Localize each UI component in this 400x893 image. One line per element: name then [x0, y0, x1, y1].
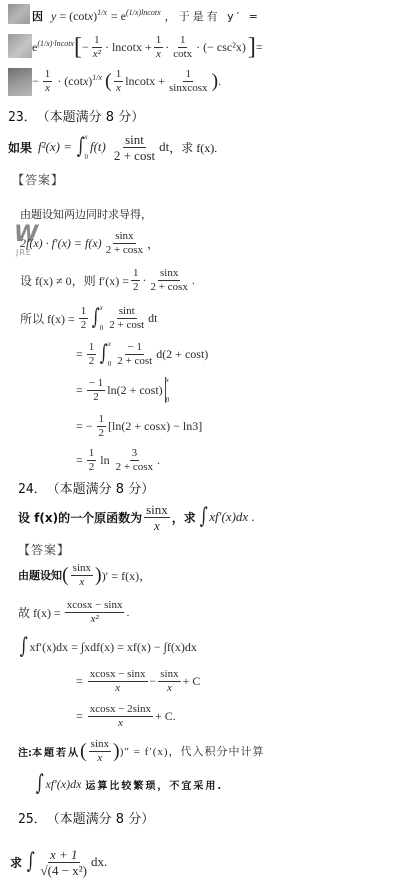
p24-solution-line-3: ∫ xf′(x)dx = ∫xdf(x) = xf(x) − ∫f(x)dx: [18, 632, 197, 662]
scan-smudge-2: [8, 34, 32, 58]
prev-solution-line-1: 因 y = (cotx)1/x = e(1/x)lncotx ，于是有 y′ =: [32, 6, 261, 26]
p24-solution-line-5: = xcosx − 2sinxx + C.: [76, 700, 176, 732]
p23-solution-line-1: 由题设知两边同时求导得，: [20, 205, 152, 223]
p24-solution-line-1: 由题设知 ( sinxx ) )′ = f(x)，: [18, 560, 151, 590]
p23-solution-line-2: 2f(x) · f′(x) = f(x) sinx2 + cosx ，: [20, 228, 159, 258]
p23-solution-line-8: = 12 ln 32 + cosx .: [76, 444, 160, 476]
p24-solution-line-4: = xcosx − sinxx − sinxx + C: [76, 665, 200, 697]
scan-smudge-1: [8, 4, 30, 24]
p23-solution-line-4: 所以 f(x) = 12 ∫ x0 sint2 + cost dt: [20, 302, 158, 334]
problem-23-statement: 如果 f²(x) = ∫ x0 f(t) sint2 + cost dt ，求 …: [8, 130, 217, 164]
scan-smudge-3: [8, 68, 32, 96]
p24-note-line-2: ∫ xf′(x)dx 运算比较繁琐，不宜采用.: [34, 770, 223, 798]
p24-solution-line-2: 故 f(x) = xcosx − sinxx² .: [18, 597, 129, 627]
problem-23-answer-label: 【答案】: [12, 170, 64, 188]
problem-25-heading: 25． （本题满分 8 分）: [18, 808, 154, 826]
p23-solution-line-5: = 12 ∫ x0 − 12 + cost d(2 + cost): [76, 338, 208, 370]
problem-24-answer-label: 【答案】: [18, 540, 70, 558]
problem-25-statement: 求 ∫ x + 1√(4 − x²) dx.: [10, 842, 107, 882]
p23-solution-line-7: = − 12 [ln(2 + cosx) − ln3]: [76, 410, 202, 442]
expr: y = (cotx)1/x: [51, 8, 107, 24]
problem-24-statement: 设 f(x)的一个原函数为 sinxx ，求 ∫ xf′(x)dx .: [18, 500, 254, 534]
integral-sign: ∫: [77, 136, 85, 158]
problem-23-heading: 23． （本题满分 8 分）: [8, 106, 144, 124]
prev-solution-line-2: e(1/x)·lncotx [ − 1x² · lncotx + 1x · 1c…: [32, 32, 263, 62]
p23-solution-line-6: = − 12 ln(2 + cost) x0: [76, 374, 171, 406]
prev-solution-line-3: − 1x · (cotx)1/x ( 1x lncotx + 1sinxcosx…: [32, 66, 221, 96]
p24-note-line-1: 注: 本题若从 ( sinxx ) )″ = f′(x)，代入积分中计算: [18, 736, 265, 766]
p23-solution-line-3: 设 f(x) ≠ 0，则 f′(x) = 12 · sinx2 + cosx .: [20, 265, 195, 295]
problem-24-heading: 24． （本题满分 8 分）: [18, 478, 154, 496]
